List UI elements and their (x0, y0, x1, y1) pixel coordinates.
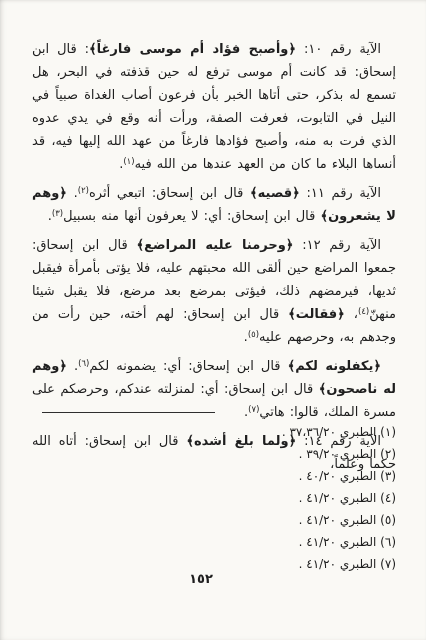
text-run: قال ابن إسحاق: أي: لا يعرفون أنها منه بس… (63, 209, 320, 224)
footnotes: (١) الطبري ٣٧،٣٦/٢٠ .(٢) الطبري ٣٩/٢٠ .(… (32, 421, 396, 575)
quran-quote: ﴿قصيه﴾ (250, 186, 300, 201)
footnote-item: (١) الطبري ٣٧،٣٦/٢٠ . (32, 421, 396, 443)
paragraph: الآية رقم ١٢: ﴿وحرمنا عليه المراضع﴾ قال … (32, 234, 396, 349)
quran-quote: ﴿فقالت﴾ (288, 307, 345, 322)
paragraph: ﴿يكفلونه لكم﴾ قال ابن إسحاق: أي: يضمونه … (32, 355, 396, 424)
quran-quote: ﴿وحرمنا عليه المراضع﴾ (137, 238, 294, 253)
footnote-marker: (٦) (78, 359, 89, 369)
quran-quote: ﴿يكفلونه لكم﴾ (288, 359, 381, 374)
text-run: الآية رقم ١١: (300, 186, 381, 201)
footnote-item: (٣) الطبري ٤٠/٢٠ . (32, 465, 396, 487)
footnote-item: (٢) الطبري ٣٩/٢٠ . (32, 443, 396, 465)
footnote-marker: (٧) (248, 405, 259, 415)
footnote-item: (٤) الطبري ٤١/٢٠ . (32, 487, 396, 509)
text-run: قال ابن إسحاق: اتبعي أثره (89, 186, 250, 201)
text-run: ، (345, 307, 358, 322)
text-run: الآية رقم ١٠: (296, 42, 381, 57)
footnote-marker: (٣) (52, 209, 63, 219)
text-run: : قال ابن إسحاق: قد كانت أم موسى ترفع له… (32, 42, 396, 172)
footnote-marker: (١) (123, 157, 134, 167)
footnote-marker: (٥) (248, 330, 259, 340)
footnote-item: (٥) الطبري ٤١/٢٠ . (32, 509, 396, 531)
text-run: الآية رقم ١٢: (293, 238, 381, 253)
footnote-item: (٦) الطبري ٤١/٢٠ . (32, 531, 396, 553)
text-run: قال ابن إسحاق: أي: يضمونه لكم (89, 359, 287, 374)
footnote-separator (42, 412, 215, 413)
page-number: ١٥٢ (161, 572, 241, 587)
quran-quote: ﴿وأصبح فؤاد أم موسى فارغاً﴾ (89, 42, 296, 57)
paragraph: الآية رقم ١٠: ﴿وأصبح فؤاد أم موسى فارغاً… (32, 38, 396, 176)
footnote-marker: (٤) (358, 307, 369, 317)
body-text: الآية رقم ١٠: ﴿وأصبح فؤاد أم موسى فارغاً… (32, 38, 396, 476)
paragraph: الآية رقم ١١: ﴿قصيه﴾ قال ابن إسحاق: اتبع… (32, 182, 396, 228)
footnote-marker: (٢) (78, 186, 89, 196)
text-run: . (67, 359, 78, 374)
text-run: . (67, 186, 78, 201)
book-page: الآية رقم ١٠: ﴿وأصبح فؤاد أم موسى فارغاً… (0, 0, 426, 640)
